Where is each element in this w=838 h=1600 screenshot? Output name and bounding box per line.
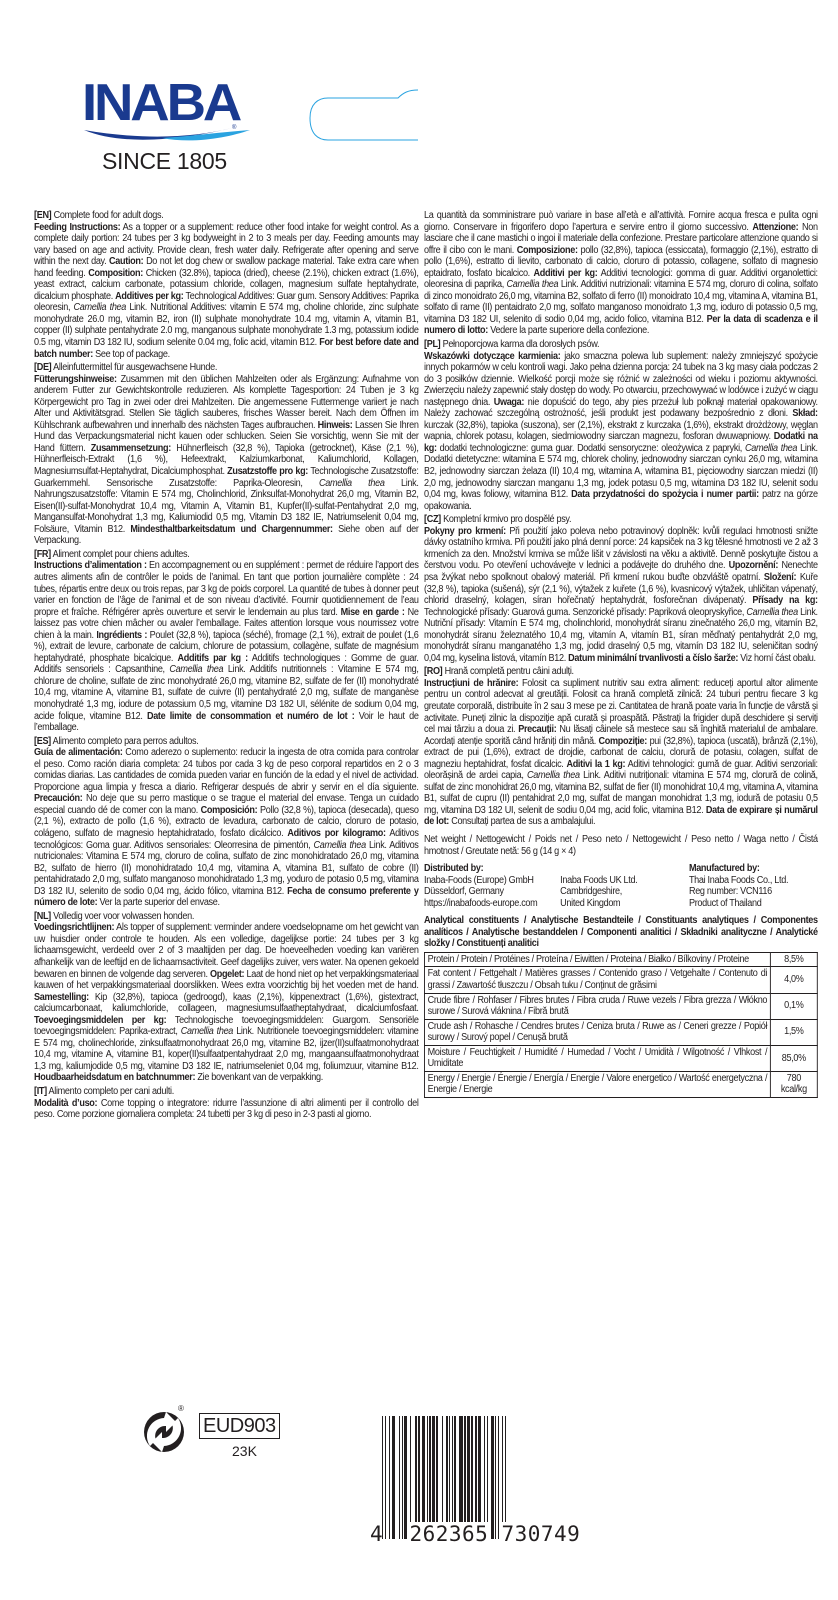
bold-label: Zusatzstoffe pro kg:: [227, 466, 308, 477]
bold-label: Date limite de consommation et numéro de…: [147, 711, 354, 722]
body-text: Consultați partea de sus a ambalajului.: [449, 816, 595, 827]
language-section: [EN] Complete food for adult dogs.Feedin…: [34, 210, 419, 360]
section-heading: [NL] Volledig voer voor volwassen honden…: [34, 911, 419, 923]
distributor-uk-country: United Kingdom: [560, 898, 689, 910]
bold-label: Houdbaarheidsdatum en batchnummer:: [34, 1072, 195, 1083]
constituent-value: 85,0%: [770, 1045, 817, 1071]
bold-label: Aditivos por kilogramo:: [287, 828, 385, 839]
bold-label: Pokyny pro krmení:: [424, 526, 506, 537]
bold-label: Složení:: [764, 572, 796, 583]
italic-term: Camellia thea: [745, 443, 797, 454]
bold-label: Modalità d’uso:: [34, 1098, 97, 1109]
bold-label: Composizione:: [517, 245, 578, 256]
analytical-row: Crude ash / Rohasche / Cendres brutes / …: [424, 1019, 817, 1045]
constituent-label: Crude fibre / Rohfaser / Fibres brutes /…: [424, 993, 770, 1019]
section-title: Kompletní krmivo pro dospělé psy.: [443, 514, 571, 525]
section-title: Pełnoporcjowa karma dla dorosłych psów.: [443, 339, 600, 350]
bold-label: Composition:: [88, 268, 143, 279]
bold-label: Compoziție:: [599, 736, 647, 747]
distributor-eu-city: Düsseldorf, Germany: [424, 886, 560, 898]
section-body: Instrucțiuni de hrănire: Folosit ca supl…: [424, 678, 818, 828]
body-text: Ver la parte superior del envase.: [97, 897, 219, 908]
bold-label: Upozornění:: [729, 560, 778, 571]
bold-label: Fütterungshinweise:: [34, 374, 117, 385]
language-tag: [RO]: [424, 666, 442, 677]
bold-label: Guía de alimentación:: [34, 747, 123, 758]
language-tag: [EN]: [34, 210, 51, 221]
bold-label: Caution:: [109, 256, 143, 267]
analytical-row: Fat content / Fettgehalt / Matières gras…: [424, 967, 817, 993]
constituent-value: 0,1%: [770, 993, 817, 1019]
section-title: Alleinfuttermittel für ausgewachsene Hun…: [53, 362, 217, 373]
italic-term: Camellia thea: [507, 279, 559, 290]
barcode-first-digit: 4: [370, 1522, 383, 1546]
distributor-eu-name: Inaba-Foods (Europe) GmbH: [424, 875, 560, 887]
manufacturer-origin: Product of Thailand: [689, 898, 818, 910]
body-text: dodatki technologiczne: guma guar. Dodat…: [437, 443, 745, 454]
language-tag: [FR]: [34, 549, 51, 560]
italic-term: Camellia thea: [169, 664, 223, 675]
distributor-uk-region: Cambridgeshire,: [560, 886, 689, 898]
language-section: [ES] Alimento completo para perros adult…: [34, 736, 419, 909]
constituent-value: 1,5%: [770, 1019, 817, 1045]
bold-label: Additifs par kg :: [178, 653, 248, 664]
language-section: [CZ] Kompletní krmivo pro dospělé psy.Po…: [424, 514, 818, 664]
bold-label: Uwaga:: [494, 397, 524, 408]
section-body: Fütterungshinweise: Zusammen mit den übl…: [34, 374, 419, 547]
body-text: See top of package.: [93, 349, 170, 360]
language-section: [FR] Aliment complet pour chiens adultes…: [34, 549, 419, 734]
company-info: Distributed by: Inaba-Foods (Europe) Gmb…: [424, 863, 818, 909]
bold-label: Feeding Instructions:: [34, 222, 120, 233]
analytical-row: Energy / Energie / Énergie / Energía / E…: [424, 1071, 817, 1097]
bold-label: Ingrédients :: [96, 630, 147, 641]
bold-label: Hinweis:: [318, 420, 353, 431]
code-box: EUD903: [199, 1413, 280, 1439]
bold-label: Data przydatności do spożycia i numer pa…: [571, 489, 759, 500]
italic-term: Camellia thea: [319, 478, 385, 489]
bold-label: Toevoegingsmiddelen per kg:: [34, 1015, 166, 1026]
distributor-uk: Inaba Foods UK Ltd. Cambridgeshire, Unit…: [560, 863, 689, 909]
bold-label: Wskazówki dotyczące karmienia:: [424, 351, 560, 362]
section-heading: [ES] Alimento completo para perros adult…: [34, 736, 419, 748]
bold-label: Additivi per kg:: [534, 268, 598, 279]
body-text: kurczak (32,8%), tapioka (suszona), ser …: [424, 420, 818, 443]
distributor-eu: Distributed by: Inaba-Foods (Europe) Gmb…: [424, 863, 560, 909]
constituent-label: Fat content / Fettgehalt / Matières gras…: [424, 967, 770, 993]
bold-label: Precauții:: [518, 724, 556, 735]
text-column-right: La quantità da somministrare può variare…: [424, 210, 818, 1098]
analytical-title: Analytical constituents / Analytische Be…: [424, 915, 818, 950]
section-body: Voedingsrichtlijnen: Als topper of suppl…: [34, 922, 419, 1084]
italic-term: Camellia thea: [314, 840, 366, 851]
package-window-outline: [308, 88, 418, 148]
registered-mark: ®: [178, 1404, 184, 1413]
barcode-left-digits: 262365: [409, 1522, 488, 1546]
inaba-logo: INABA ® SINCE 1805: [82, 78, 252, 175]
language-tag: [DE]: [34, 362, 51, 373]
section-heading: [PL] Pełnoporcjowa karma dla dorosłych p…: [424, 339, 818, 351]
language-section: [DE] Alleinfuttermittel für ausgewachsen…: [34, 362, 419, 547]
bold-label: Samestelling:: [34, 992, 89, 1003]
bold-label: Zusammensetzung:: [91, 443, 171, 454]
bold-label: Composición:: [201, 805, 258, 816]
bold-label: Přísady na kg:: [752, 595, 817, 606]
italic-term: Camellia thea: [181, 1026, 233, 1037]
constituent-label: Moisture / Feuchtigkeit / Humidité / Hum…: [424, 1045, 770, 1071]
bold-label: Skład:: [792, 408, 817, 419]
section-body: Feeding Instructions: As a topper or a s…: [34, 222, 419, 361]
green-dot-icon: [142, 1410, 186, 1454]
barcode: 4 262365 730749: [370, 1416, 592, 1566]
barcode-right-digits: 730749: [501, 1522, 580, 1546]
analytical-row: Protein / Protein / Protéines / Proteína…: [424, 952, 817, 967]
section-body: Instructions d’alimentation : En accompa…: [34, 560, 419, 733]
language-tag: [PL]: [424, 339, 440, 350]
constituent-label: Crude ash / Rohasche / Cendres brutes / …: [424, 1019, 770, 1045]
language-section: [RO] Hrană completă pentru câini adulți.…: [424, 666, 818, 828]
constituent-label: Energy / Energie / Énergie / Energía / E…: [424, 1071, 770, 1097]
text-column-left: [EN] Complete food for adult dogs.Feedin…: [34, 210, 419, 1123]
section-title: Hrană completă pentru câini adulți.: [445, 666, 574, 677]
bold-label: Attenzione:: [752, 222, 798, 233]
language-tag: [IT]: [34, 1086, 47, 1097]
manufacturer: Manufactured by: Thai Inaba Foods Co., L…: [689, 863, 818, 909]
analytical-row: Crude fibre / Rohfaser / Fibres brutes /…: [424, 993, 817, 1019]
language-section: [IT] Alimento completo per cani adulti.M…: [34, 1086, 419, 1121]
section-title: Alimento completo per cani adulti.: [49, 1086, 174, 1097]
body-text: Vedere la parte superiore della confezio…: [488, 325, 649, 336]
body-text: Kip (32,8%), tapioca (gedroogd), kaas (2…: [34, 992, 419, 1015]
section-heading: [FR] Aliment complet pour chiens adultes…: [34, 549, 419, 561]
bold-label: Aditivi la 1 kg:: [566, 759, 625, 770]
constituent-value: 4,0%: [770, 967, 817, 993]
section-title: Alimento completo para perros adultos.: [53, 736, 199, 747]
body-text: Zie bovenkant van de verpakking.: [195, 1072, 323, 1083]
analytical-table: Protein / Protein / Protéines / Proteína…: [424, 952, 818, 1098]
logo-since: SINCE 1805: [102, 148, 252, 175]
section-heading: [RO] Hrană completă pentru câini adulți.: [424, 666, 818, 678]
analytical-row: Moisture / Feuchtigkeit / Humidité / Hum…: [424, 1045, 817, 1071]
section-body: Pokyny pro krmení: Při použití jako pole…: [424, 526, 818, 665]
constituent-label: Protein / Protein / Protéines / Proteína…: [424, 952, 770, 967]
body-text: Technologické přísady: Guarová guma. Sen…: [424, 607, 746, 618]
barcode-bars: [382, 1416, 507, 1539]
manufactured-by-label: Manufactured by:: [689, 863, 818, 875]
bold-label: Datum minimální trvanlivosti a číslo šar…: [568, 653, 738, 664]
code-sub: 23K: [232, 1443, 257, 1459]
section-heading: [DE] Alleinfuttermittel für ausgewachsen…: [34, 362, 419, 374]
bold-label: Mise en garde :: [341, 607, 405, 618]
bold-label: Opgelet:: [210, 969, 244, 980]
manufacturer-name: Thai Inaba Foods Co., Ltd.: [689, 875, 818, 887]
section-title: Aliment complet pour chiens adultes.: [53, 549, 190, 560]
italic-term: Camellia thea: [74, 302, 126, 313]
section-body: Wskazówki dotyczące karmienia: jako smac…: [424, 351, 818, 513]
bold-label: Instrucțiuni de hrănire:: [424, 678, 518, 689]
logo-wordmark: INABA: [82, 78, 261, 128]
italic-term: Camellia thea: [746, 607, 797, 618]
net-weight: Net weight / Nettogewicht / Poids net / …: [424, 834, 818, 857]
language-section: La quantità da somministrare può variare…: [424, 210, 818, 337]
barcode-digits: 4 262365 730749: [370, 1522, 580, 1546]
language-section: [PL] Pełnoporcjowa karma dla dorosłych p…: [424, 339, 818, 512]
manufacturer-reg: Reg number: VCN116: [689, 886, 818, 898]
section-body: Modalità d’uso: Come topping o integrato…: [34, 1098, 419, 1121]
section-body: Guía de alimentación: Como aderezo o sup…: [34, 747, 419, 909]
italic-term: Camellia thea: [527, 770, 580, 781]
constituent-value: 780 kcal/kg: [770, 1071, 817, 1097]
language-section: [NL] Volledig voer voor volwassen honden…: [34, 911, 419, 1084]
section-title: Volledig voer voor volwassen honden.: [53, 911, 194, 922]
distributor-uk-name: Inaba Foods UK Ltd.: [560, 875, 689, 887]
language-tag: [CZ]: [424, 514, 441, 525]
language-tag: [ES]: [34, 736, 51, 747]
bold-label: Instructions d’alimentation :: [34, 560, 147, 571]
section-heading: [IT] Alimento completo per cani adulti.: [34, 1086, 419, 1098]
distributed-by-label: Distributed by:: [424, 863, 560, 875]
bold-label: Mindesthaltbarkeitsdatum und Chargennumm…: [130, 524, 332, 535]
distributor-eu-url: https://inabafoods-europe.com: [424, 898, 560, 910]
section-title: Complete food for adult dogs.: [54, 210, 164, 221]
constituent-value: 8,5%: [770, 952, 817, 967]
bold-label: Precaución:: [34, 793, 82, 804]
bold-label: Voedingsrichtlijnen:: [34, 922, 114, 933]
section-body: La quantità da somministrare può variare…: [424, 210, 818, 337]
section-heading: [CZ] Kompletní krmivo pro dospělé psy.: [424, 514, 818, 526]
body-text: Viz horní část obalu.: [738, 653, 816, 664]
section-heading: [EN] Complete food for adult dogs.: [34, 210, 419, 222]
language-tag: [NL]: [34, 911, 51, 922]
bold-label: Additives per kg:: [115, 291, 183, 302]
